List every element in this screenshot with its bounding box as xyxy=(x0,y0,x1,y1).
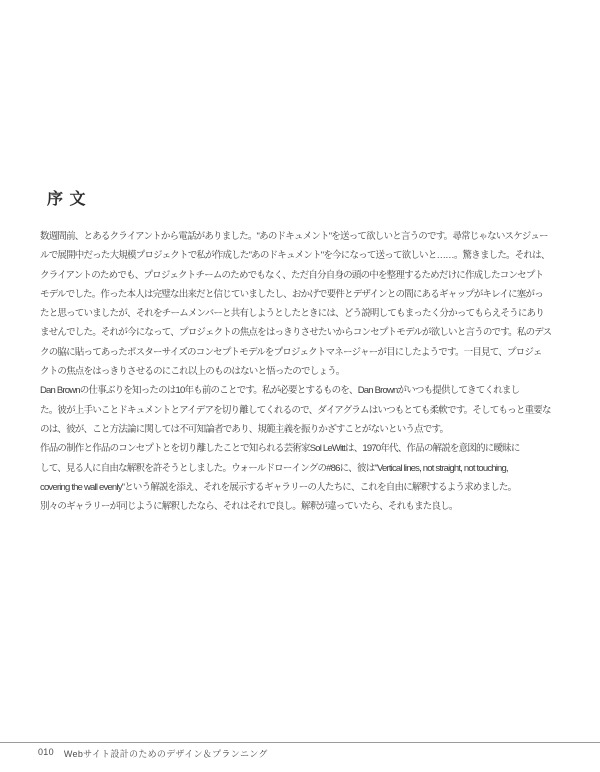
text-line: クの脇に貼ってあったポスターサイズのコンセプトモデルをプロジェクトマネージャーが… xyxy=(40,343,564,362)
footer: 010 Webサイト設計のためのデザイン＆プランニング xyxy=(38,747,268,760)
text-line: のは、彼が、こと方法論に関しては不可知論者であり、規範主義を振りかざすことがない… xyxy=(40,420,564,439)
text-line: クトの焦点をはっきりさせるのにこれ以上のものはないと悟ったのでしょう。 xyxy=(40,362,564,381)
text-line: モデルでした。作った本人は完璧な出来だと信じていましたし、おかげで要件とデザイン… xyxy=(40,285,564,304)
text-line: covering the wall evenly"という解説を添え、それを展示す… xyxy=(40,478,564,497)
text-line: 作品の制作と作品のコンセプトとを切り離したことで知られる芸術家Sol LeWit… xyxy=(40,439,564,458)
text-line: 数週間前、とあるクライアントから電話がありました。"あのドキュメント"を送って欲… xyxy=(40,227,564,246)
footer-page-number: 010 xyxy=(38,747,54,760)
paragraph: 数週間前、とあるクライアントから電話がありました。"あのドキュメント"を送って欲… xyxy=(40,227,564,381)
footer-book-title: Webサイト設計のためのデザイン＆プランニング xyxy=(64,747,268,760)
page-title: 序 文 xyxy=(47,186,86,209)
text-line: 別々のギャラリーが同じように解釈したなら、それはそれで良し。解釈が違っていたら、… xyxy=(40,497,564,516)
text-line: たと思っていましたが、それをチームメンバーと共有しようとしたときには、どう説明し… xyxy=(40,304,564,323)
footer-divider xyxy=(0,742,600,743)
text-line: ませんでした。それが今になって、プロジェクトの焦点をはっきりさせたいからコンセプ… xyxy=(40,323,564,342)
text-line: Dan Brownの仕事ぶりを知ったのは10年も前のことです。私が必要とするもの… xyxy=(40,381,564,400)
text-line: クライアントのためでも、プロジェクトチームのためでもなく、ただ自分自身の頭の中を… xyxy=(40,266,564,285)
text-line: して、見る人に自由な解釈を許そうとしました。ウォールドローイングの#86に、彼は… xyxy=(40,459,564,478)
text-line: ルで展開中だった大規模プロジェクトで私が作成した"あのドキュメント"を今になって… xyxy=(40,246,564,265)
book-page: 序 文 数週間前、とあるクライアントから電話がありました。"あのドキュメント"を… xyxy=(0,0,600,772)
paragraph: 作品の制作と作品のコンセプトとを切り離したことで知られる芸術家Sol LeWit… xyxy=(40,439,564,516)
text-line: た。彼が上手いことドキュメントとアイデアを切り離してくれるので、ダイアグラムはい… xyxy=(40,401,564,420)
paragraph: Dan Brownの仕事ぶりを知ったのは10年も前のことです。私が必要とするもの… xyxy=(40,381,564,439)
body-text: 数週間前、とあるクライアントから電話がありました。"あのドキュメント"を送って欲… xyxy=(40,227,564,516)
